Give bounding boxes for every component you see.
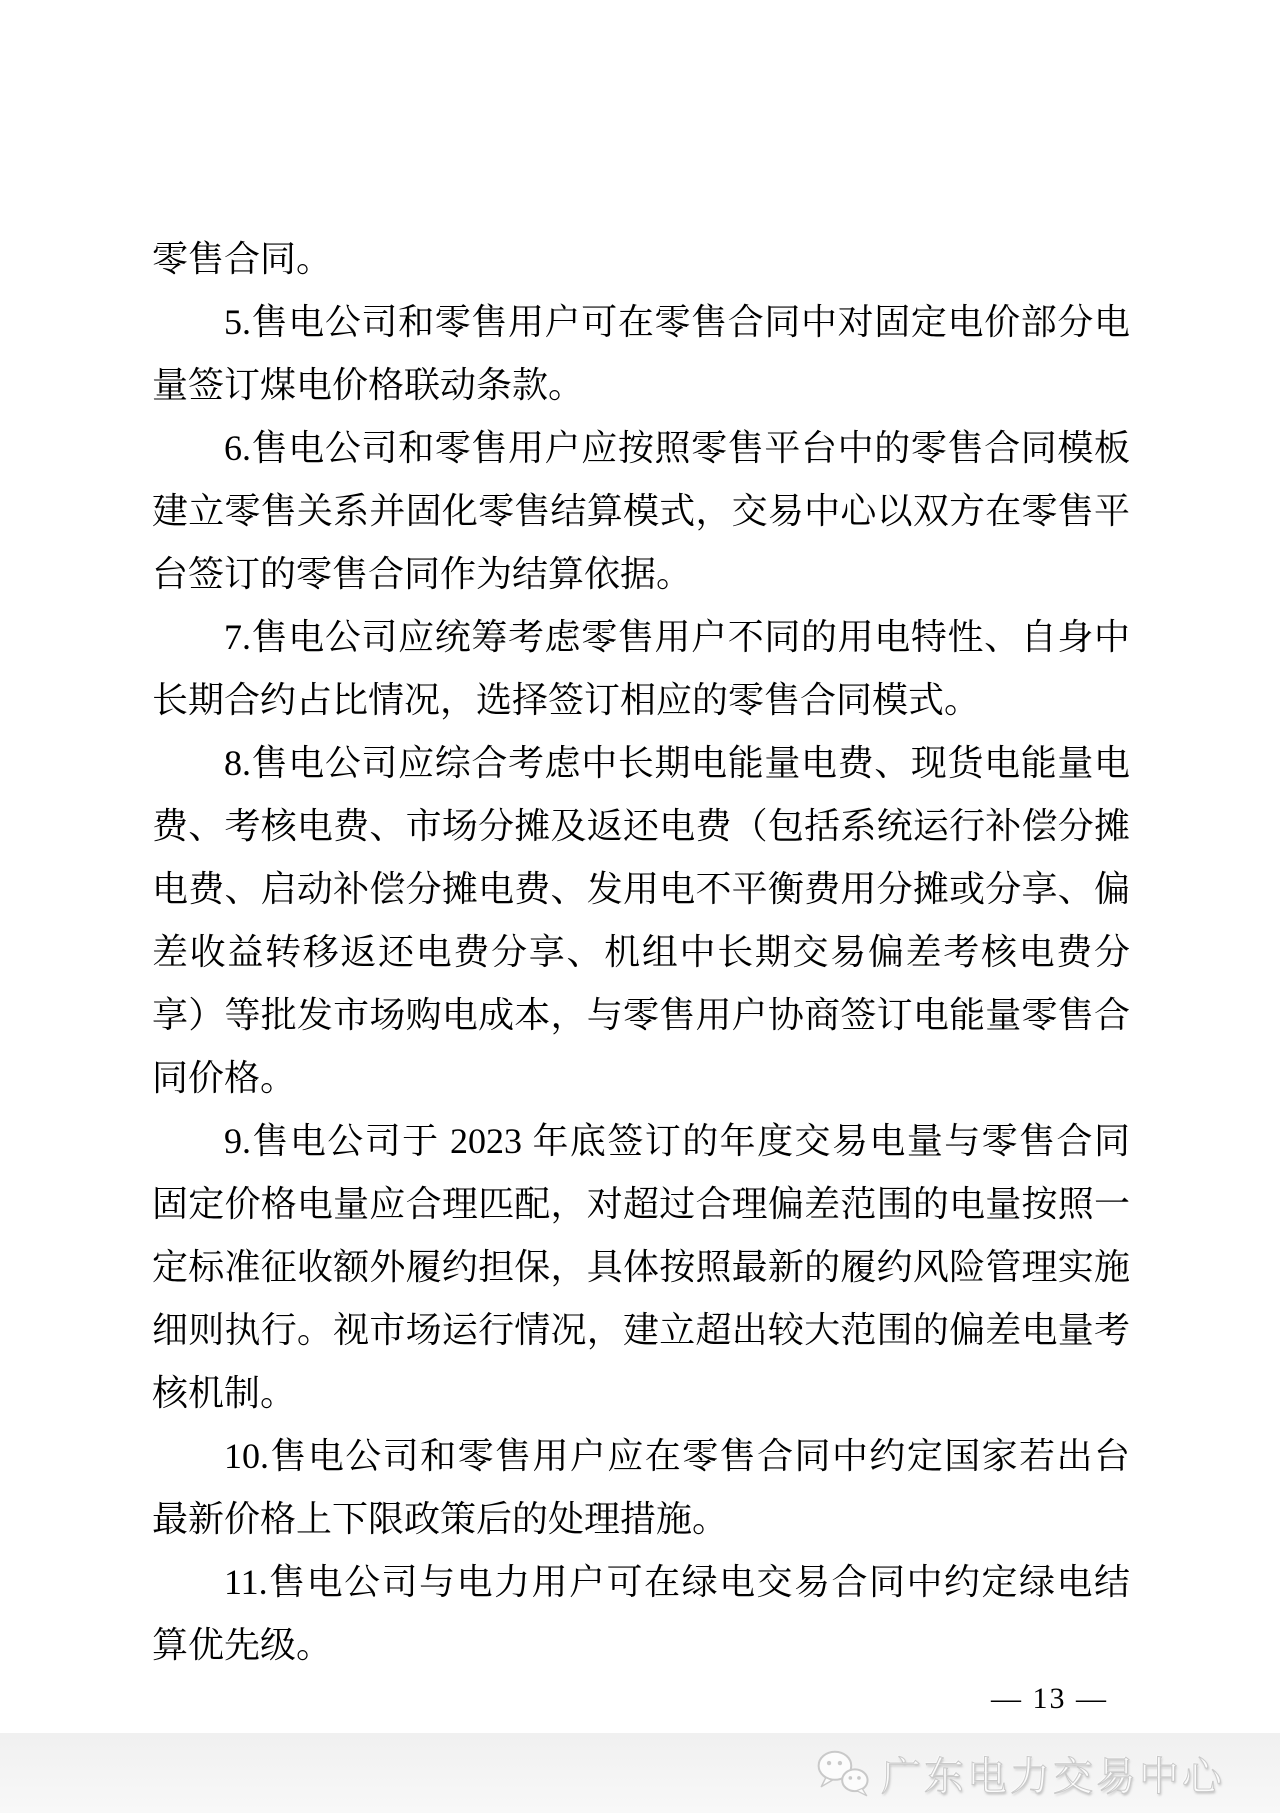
document-body: 零售合同。 5.售电公司和零售用户可在零售合同中对固定电价部分电量签订煤电价格联… bbox=[152, 228, 1130, 1677]
paragraph-item-10: 10.售电公司和零售用户应在零售合同中约定国家若出台最新价格上下限政策后的处理措… bbox=[152, 1425, 1130, 1551]
paragraph-item-11: 11.售电公司与电力用户可在绿电交易合同中约定绿电结算优先级。 bbox=[152, 1551, 1130, 1677]
watermark-label: 广东电力交易中心 bbox=[881, 1745, 1225, 1802]
watermark-bar: 广东电力交易中心 bbox=[0, 1733, 1280, 1813]
paragraph-item-5: 5.售电公司和零售用户可在零售合同中对固定电价部分电量签订煤电价格联动条款。 bbox=[152, 291, 1130, 417]
wechat-icon bbox=[815, 1748, 873, 1798]
paragraph-continuation: 零售合同。 bbox=[152, 228, 1130, 291]
paragraph-item-7: 7.售电公司应统筹考虑零售用户不同的用电特性、自身中长期合约占比情况，选择签订相… bbox=[152, 606, 1130, 732]
paragraph-item-8: 8.售电公司应综合考虑中长期电能量电费、现货电能量电费、考核电费、市场分摊及返还… bbox=[152, 732, 1130, 1110]
document-page: 零售合同。 5.售电公司和零售用户可在零售合同中对固定电价部分电量签订煤电价格联… bbox=[0, 0, 1280, 1813]
page-number: — 13 — bbox=[991, 1682, 1108, 1716]
paragraph-item-9: 9.售电公司于 2023 年底签订的年度交易电量与零售合同固定价格电量应合理匹配… bbox=[152, 1110, 1130, 1425]
paragraph-item-6: 6.售电公司和零售用户应按照零售平台中的零售合同模板建立零售关系并固化零售结算模… bbox=[152, 417, 1130, 606]
